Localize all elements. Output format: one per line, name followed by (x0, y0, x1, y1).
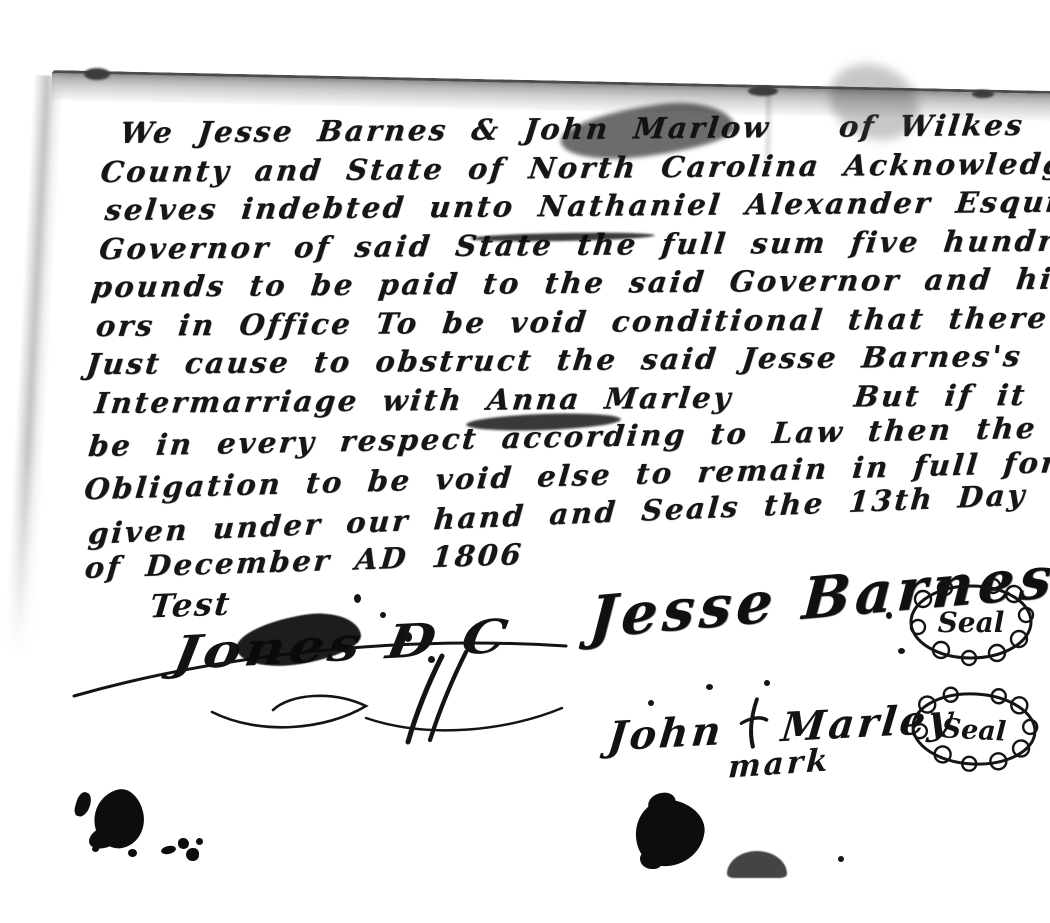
ink-speck (886, 612, 892, 619)
mark-label: mark (727, 742, 831, 785)
paper-edge-nick (84, 68, 110, 80)
ink-speck (428, 656, 435, 663)
ink-blot (128, 849, 137, 857)
ink-blot (73, 791, 93, 819)
ink-speck (706, 684, 713, 690)
seal-scribble: Seal (905, 577, 1037, 667)
paper-left-edge (4, 74, 64, 655)
line-text: Just cause to obstruct the said Jesse Ba… (85, 339, 1025, 381)
paper-edge-nick (972, 90, 994, 98)
document-scan: We Jesse Barnes & John Marlow of Wilkes … (0, 0, 1050, 923)
seal-label: Seal (941, 713, 1007, 747)
ink-blot (186, 848, 199, 861)
ink-blot (727, 851, 787, 878)
ink-blot (178, 838, 189, 849)
ink-blot (640, 850, 662, 869)
ink-speck (380, 612, 386, 618)
ink-speck (898, 648, 905, 654)
ink-speck (404, 632, 412, 642)
line-text: Intermarriage with Anna Marley (93, 380, 735, 420)
john-given-name: John (605, 707, 726, 760)
ink-blot (196, 838, 203, 845)
his-mark-cross-icon (735, 696, 770, 750)
line-text-right: But if it (852, 377, 1028, 413)
ink-speck (838, 856, 844, 862)
ink-speck (764, 680, 770, 686)
seal-label: Seal (938, 606, 1005, 639)
ink-blot (160, 845, 176, 856)
ink-speck (648, 700, 654, 706)
seal-scribble: Seal (905, 683, 1043, 776)
handwritten-text-block: We Jesse Barnes & John Marlow of Wilkes … (90, 108, 1034, 578)
ink-blot (92, 846, 99, 852)
ink-speck (354, 594, 361, 603)
